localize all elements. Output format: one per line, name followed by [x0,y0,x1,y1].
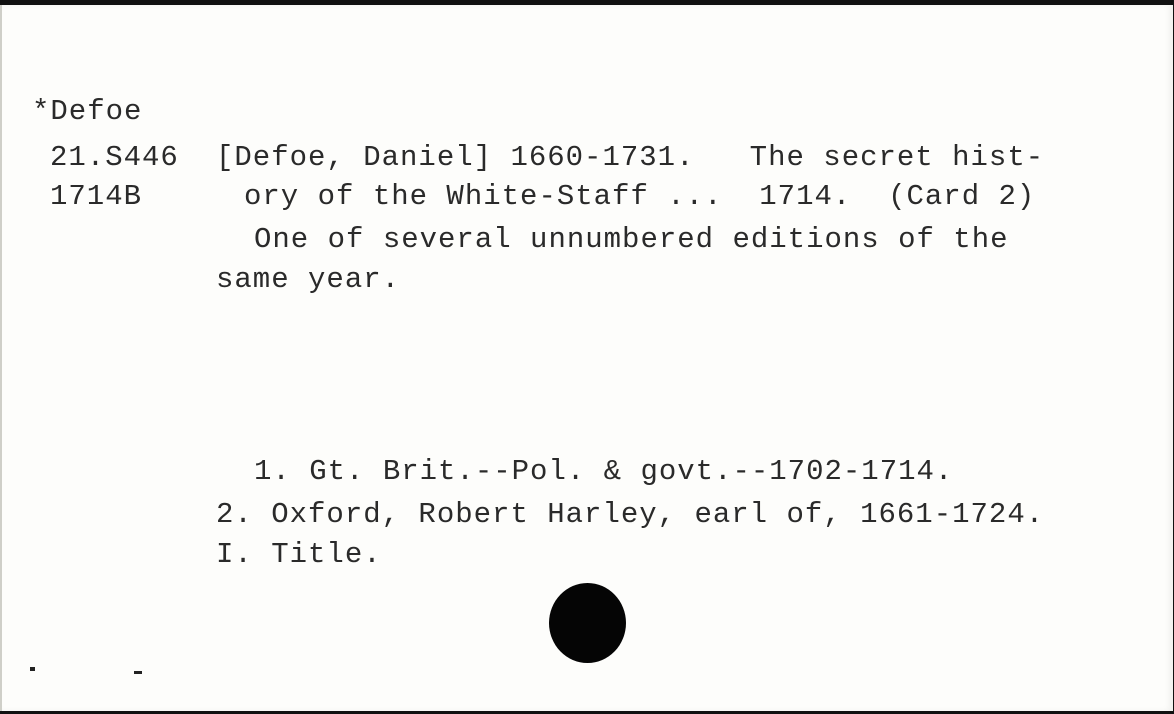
heading: *Defoe [32,97,142,126]
body-line-4: same year. [216,265,400,294]
body-line-1: [Defoe, Daniel] 1660-1731. The secret hi… [216,143,1044,172]
tracing-1: 1. Gt. Brit.--Pol. & govt.--1702-1714. [254,457,953,486]
call-number-line-2: 1714B [50,182,142,211]
speck [134,671,142,674]
catalog-card: *Defoe 21.S446 1714B [Defoe, Daniel] 166… [0,5,1173,711]
call-number-line-1: 21.S446 [50,143,179,172]
speck [30,667,35,671]
tracing-2: 2. Oxford, Robert Harley, earl of, 1661-… [216,500,1044,529]
punch-hole [549,583,626,663]
body-line-3: One of several unnumbered editions of th… [254,225,1009,254]
body-line-2: ory of the White-Staff ... 1714. (Card 2… [244,182,1035,211]
tracing-3: I. Title. [216,540,382,569]
